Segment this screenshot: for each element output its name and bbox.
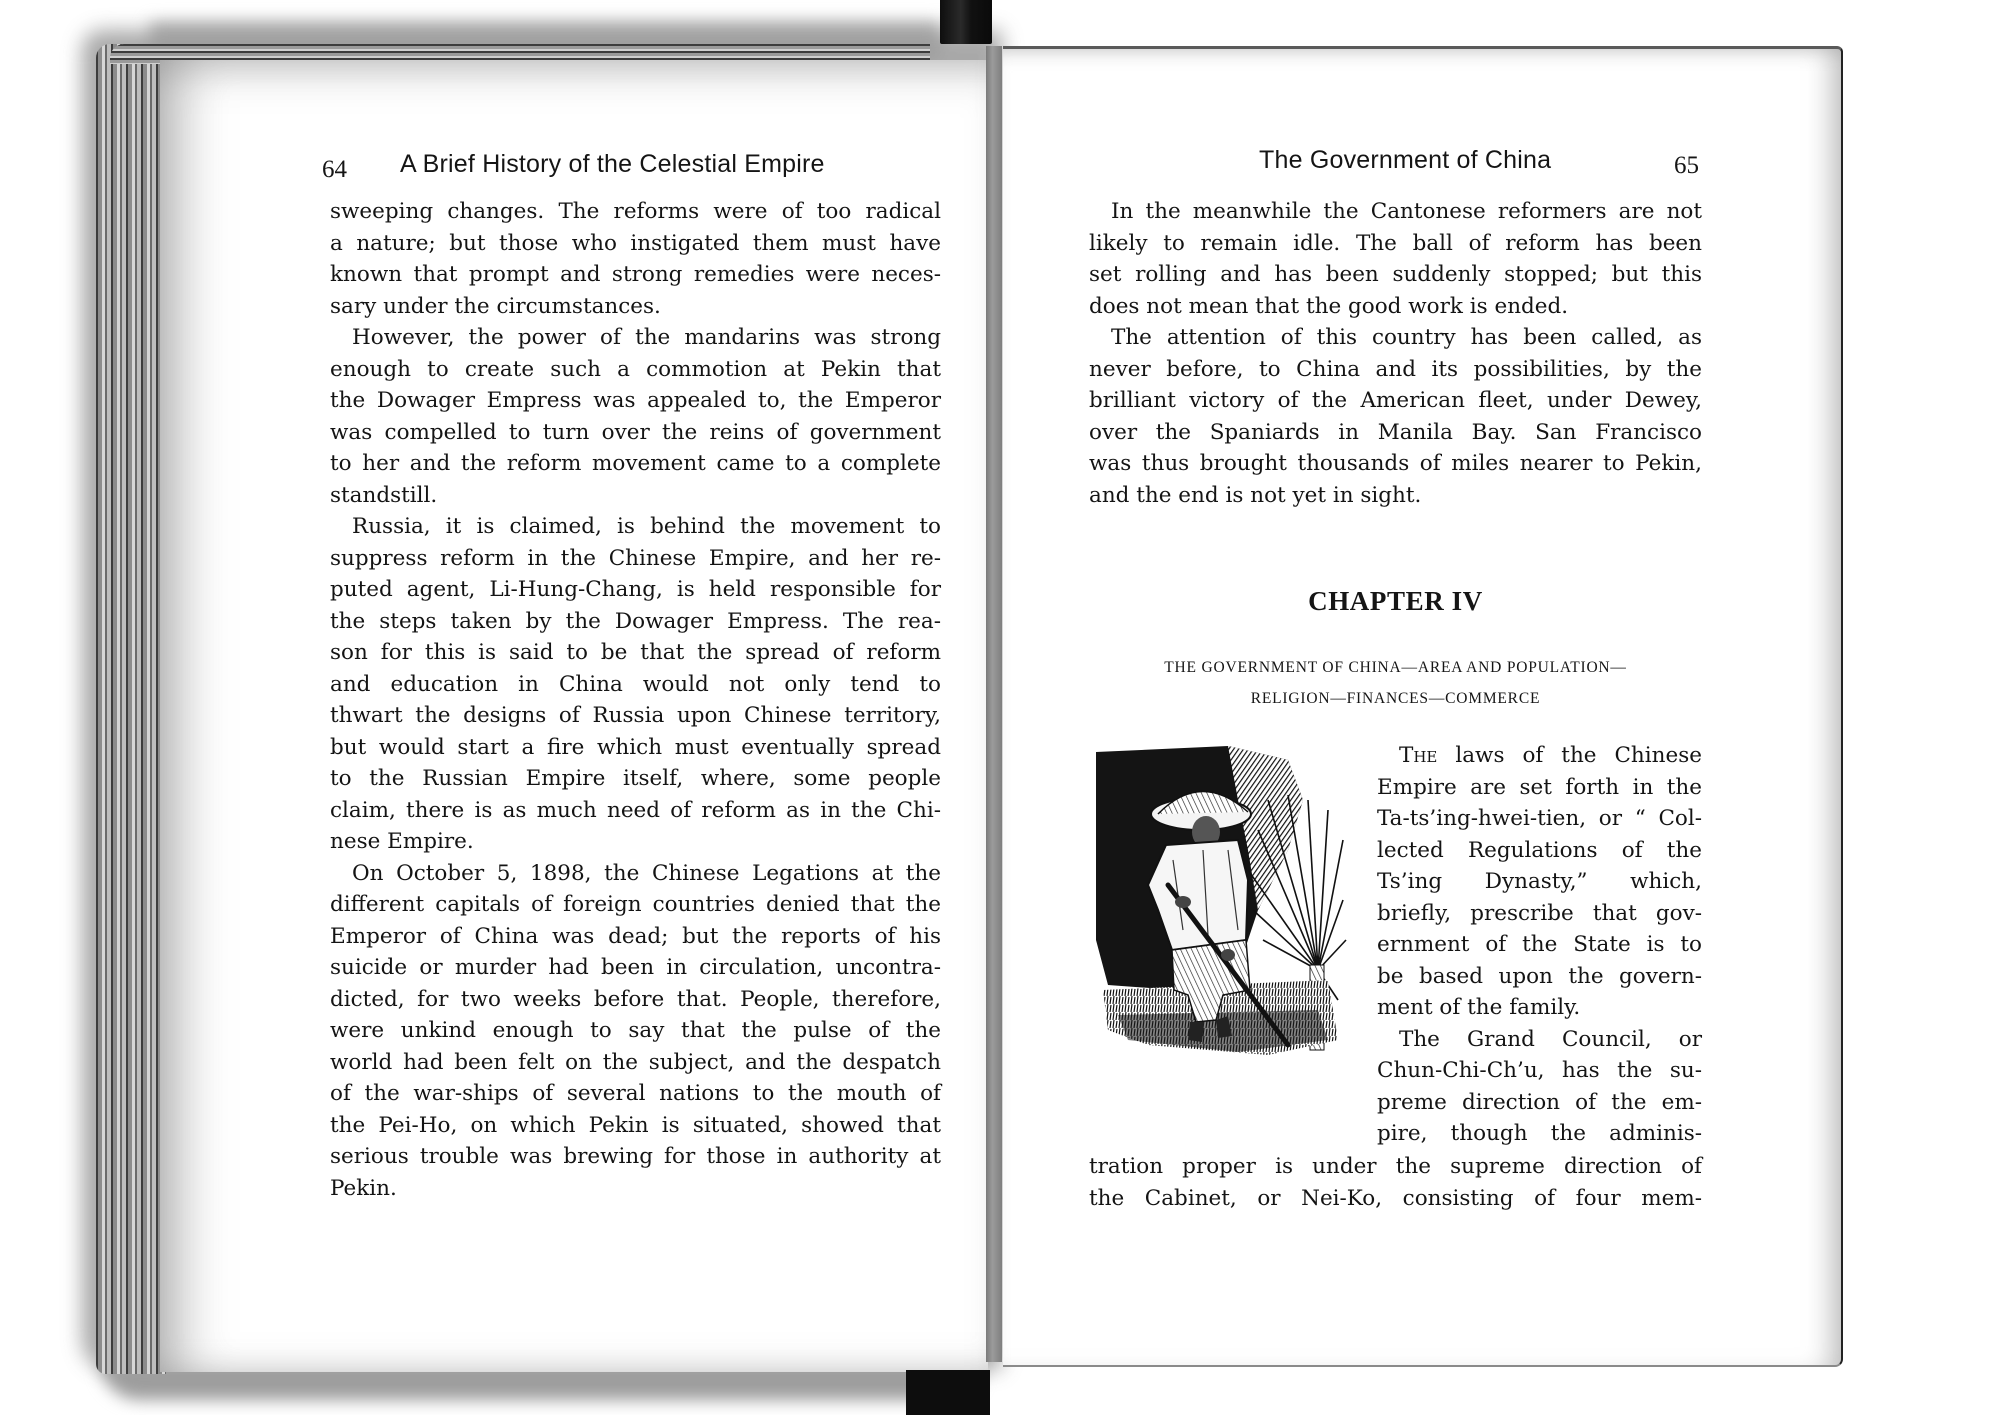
- text-line: serious trouble was brewing for those in…: [330, 1141, 941, 1173]
- left-page-body: sweeping changes. The reforms were of to…: [330, 196, 941, 1204]
- text-line: over the Spaniards in Manila Bay. San Fr…: [1089, 417, 1702, 449]
- right-page-number: 65: [1674, 152, 1699, 180]
- text-line: suppress reform in the Chinese Empire, a…: [330, 543, 941, 575]
- bookmark-ribbon-bottom: [906, 1370, 990, 1415]
- stacked-page-edges: [96, 44, 166, 1374]
- text-line: In the meanwhile the Cantonese reformers…: [1089, 196, 1702, 228]
- text-line: enough to create such a commotion at Pek…: [330, 354, 941, 386]
- chapter-subtitle: THE GOVERNMENT OF CHINA—AREA AND POPULAT…: [1089, 652, 1702, 714]
- text-line: a nature; but those who instigated them …: [330, 228, 941, 260]
- text-line: lected Regulations of the: [1377, 835, 1702, 867]
- text-line: likely to remain idle. The ball of refor…: [1089, 228, 1702, 260]
- text-line: pire, though the adminis-: [1377, 1118, 1702, 1150]
- text-line: known that prompt and strong remedies we…: [330, 259, 941, 291]
- text-line: different capitals of foreign countries …: [330, 889, 941, 921]
- right-page-body-bottom: tration proper is under the supreme dire…: [1089, 1151, 1702, 1214]
- text-line: the Dowager Empress was appealed to, the…: [330, 385, 941, 417]
- text-line: The laws of the Chinese: [1377, 740, 1702, 772]
- text-line: thwart the designs of Russia upon Chines…: [330, 700, 941, 732]
- text-fragment: laws of the Chinese: [1437, 743, 1702, 768]
- text-line: standstill.: [330, 480, 941, 512]
- text-line: On October 5, 1898, the Chinese Legation…: [330, 858, 941, 890]
- text-line: the Pei-Ho, on which Pekin is situated, …: [330, 1110, 941, 1142]
- bookmark-ribbon-top: [940, 0, 992, 44]
- text-line: and education in China would not only te…: [330, 669, 941, 701]
- chapter-subtitle-line: THE GOVERNMENT OF CHINA—AREA AND POPULAT…: [1089, 652, 1702, 683]
- open-book-scan: 64 A Brief History of the Celestial Empi…: [0, 0, 2000, 1415]
- text-line: world had been felt on the subject, and …: [330, 1047, 941, 1079]
- text-line: sweeping changes. The reforms were of to…: [330, 196, 941, 228]
- right-page-wrap-text: The laws of the Chinese Empire are set f…: [1377, 740, 1702, 1150]
- chapter-subtitle-line: RELIGION—FINANCES—COMMERCE: [1089, 683, 1702, 714]
- text-line: suicide or murder had been in circulatio…: [330, 952, 941, 984]
- left-running-head: A Brief History of the Celestial Empire: [400, 150, 825, 179]
- text-line: Empire are set forth in the: [1377, 772, 1702, 804]
- text-line: of the war-ships of several nations to t…: [330, 1078, 941, 1110]
- text-line: Emperor of China was dead; but the repor…: [330, 921, 941, 953]
- text-line: was thus brought thousands of miles near…: [1089, 448, 1702, 480]
- text-line: ernment of the State is to: [1377, 929, 1702, 961]
- right-page-body-top: In the meanwhile the Cantonese reformers…: [1089, 196, 1702, 511]
- text-line: Ta-ts’ing-hwei-tien, or “ Col-: [1377, 803, 1702, 835]
- text-line: never before, to China and its possibili…: [1089, 354, 1702, 386]
- engraving-illustration: [1088, 740, 1353, 1060]
- text-line: and the end is not yet in sight.: [1089, 480, 1702, 512]
- text-line: the Cabinet, or Nei-Ko, consisting of fo…: [1089, 1183, 1702, 1215]
- text-line: However, the power of the mandarins was …: [330, 322, 941, 354]
- text-line: The Grand Council, or: [1377, 1024, 1702, 1056]
- text-line: Chun-Chi-Ch’u, has the su-: [1377, 1055, 1702, 1087]
- text-line: does not mean that the good work is ende…: [1089, 291, 1702, 323]
- chapter-title: CHAPTER IV: [1089, 586, 1702, 617]
- text-line: brilliant victory of the American fleet,…: [1089, 385, 1702, 417]
- text-line: puted agent, Li-Hung-Chang, is held resp…: [330, 574, 941, 606]
- text-line: tration proper is under the supreme dire…: [1089, 1151, 1702, 1183]
- text-line: be based upon the govern-: [1377, 961, 1702, 993]
- text-line: the steps taken by the Dowager Empress. …: [330, 606, 941, 638]
- text-line: were unkind enough to say that the pulse…: [330, 1015, 941, 1047]
- text-line: claim, there is as much need of reform a…: [330, 795, 941, 827]
- text-line: dicted, for two weeks before that. Peopl…: [330, 984, 941, 1016]
- text-line: was compelled to turn over the reins of …: [330, 417, 941, 449]
- text-line: sary under the circumstances.: [330, 291, 941, 323]
- text-line: Ts’ing Dynasty,” which,: [1377, 866, 1702, 898]
- text-line: set rolling and has been suddenly stoppe…: [1089, 259, 1702, 291]
- text-line: nese Empire.: [330, 826, 941, 858]
- text-line: Russia, it is claimed, is behind the mov…: [330, 511, 941, 543]
- text-line: ment of the family.: [1377, 992, 1702, 1024]
- text-line: to her and the reform movement came to a…: [330, 448, 941, 480]
- book-gutter: [986, 46, 1002, 1362]
- text-line: preme direction of the em-: [1377, 1087, 1702, 1119]
- text-line: Pekin.: [330, 1173, 941, 1205]
- text-line: to the Russian Empire itself, where, som…: [330, 763, 941, 795]
- right-running-head: The Government of China: [1259, 146, 1551, 175]
- drop-smallcaps: The: [1399, 743, 1437, 768]
- text-line: but would start a fire which must eventu…: [330, 732, 941, 764]
- text-line: son for this is said to be that the spre…: [330, 637, 941, 669]
- left-page-number: 64: [322, 156, 347, 184]
- text-line: briefly, prescribe that gov-: [1377, 898, 1702, 930]
- text-line: The attention of this country has been c…: [1089, 322, 1702, 354]
